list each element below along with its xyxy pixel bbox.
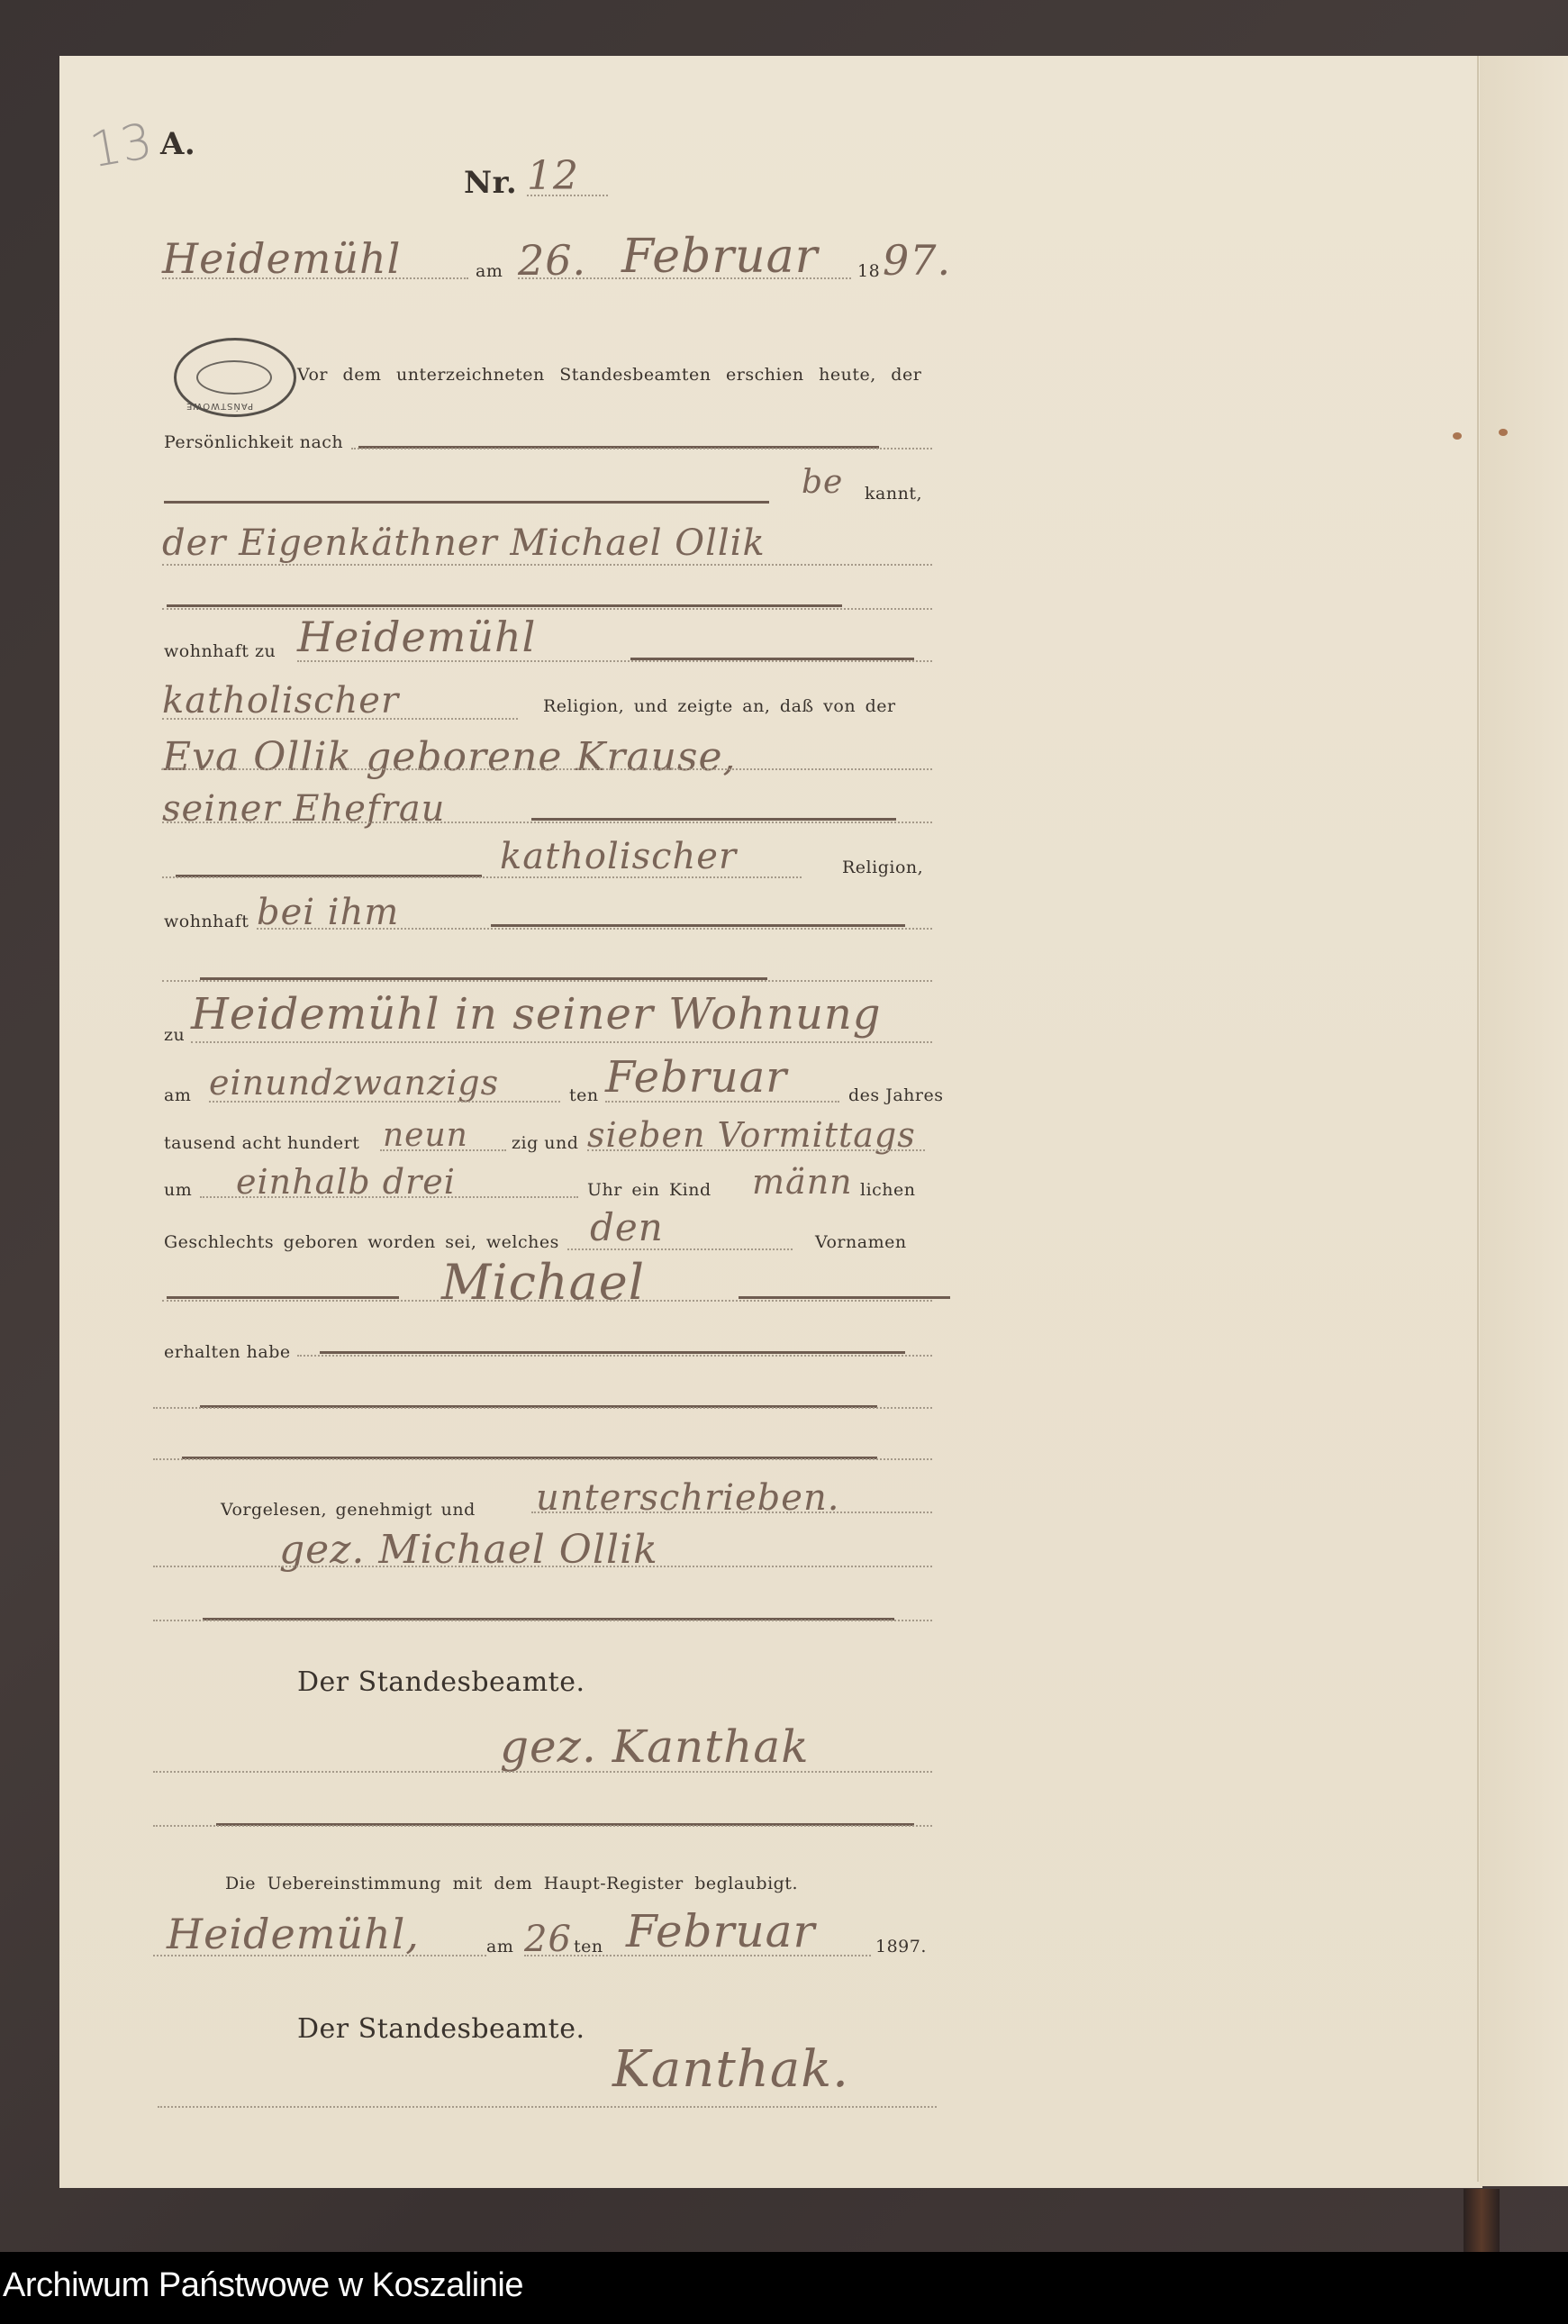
dotted-line [153,1955,486,1956]
wohnhaft-label: wohnhaft [164,912,249,931]
dotted-line [191,1041,932,1043]
um-label: um [164,1180,192,1200]
mother-name: Eva Ollik geborene Krause, [162,734,737,780]
certification-text: Die Uebereinstimmung mit dem Haupt-Regis… [225,1874,798,1893]
archive-stamp: PAŃSTWOWE [174,338,296,417]
stamp-inner-oval [196,360,272,395]
birth-day-words: einundzwanzigs [209,1063,499,1103]
child-given-name: Michael [441,1254,645,1311]
certification-signature: Kanthak. [612,2040,849,2099]
geschlechts-line: Geschlechts geboren worden sei, welches [164,1232,559,1252]
zig-und-label: zig und [512,1133,578,1153]
book-spine [1464,2189,1500,2252]
certification-year: 1897. [875,1937,927,1956]
record-number: 12 [527,153,579,199]
number-label: Nr. [464,165,517,201]
mother-relation: seiner Ehefrau [162,788,445,830]
pencil-page-number: 13 [86,113,157,179]
dotted-line [162,876,802,878]
dotted-line [158,2106,937,2108]
bekannt-handwritten: be [802,464,843,501]
certification-place: Heidemühl, [167,1910,420,1958]
next-page-edge [1480,56,1568,2186]
mother-religion-print: Religion, [842,858,923,877]
dotted-line [153,1620,932,1621]
header-year-suffix: 97. [883,236,951,285]
lichen-label: lichen [860,1180,916,1200]
header-month: Februar [621,230,819,284]
certification-am: am [486,1937,513,1956]
standesbeamte-title: Der Standesbeamte. [297,1666,585,1698]
strike-line [320,1351,905,1354]
certification-standesbeamte-title: Der Standesbeamte. [297,2013,585,2045]
dotted-line [605,1101,839,1103]
rust-spot [1453,432,1462,440]
informant-residence: Heidemühl [297,613,536,661]
rust-spot [1499,429,1508,436]
child-sex: männ [752,1162,853,1202]
dotted-line [153,1407,932,1409]
year-nine: neun [383,1117,468,1154]
dotted-line [527,195,608,196]
dotted-line [200,1196,578,1198]
religion-line: Religion, und zeigte an, daß von der [543,696,896,716]
stamp-text: PAŃSTWOWE [186,401,253,411]
header-year-prefix: 18 [857,261,880,281]
persoenlichkeit-label: Persönlichkeit nach [164,432,343,452]
ten-label: ten [569,1085,599,1105]
dotted-line [518,277,851,279]
birth-month: Februar [605,1052,787,1103]
bekannt-print: kannt, [865,484,922,504]
dotted-line [524,1955,871,1956]
des-jahres-label: des Jahres [848,1085,943,1105]
dotted-line [153,1566,932,1567]
dotted-line [257,928,932,930]
wohnhaft-zu-label: wohnhaft zu [164,641,276,661]
strike-line [167,604,842,607]
dotted-line [162,768,932,770]
dotted-line [162,564,932,566]
informant-religion: katholischer [162,680,399,722]
dotted-line [380,1149,506,1151]
birth-place: Heidemühl in seiner Wohnung [191,989,882,1039]
dotted-line [162,277,468,279]
certification-ten: ten [574,1937,603,1956]
den-handwritten: den [590,1205,664,1249]
uhr-kind-label: Uhr ein Kind [587,1180,711,1200]
dotted-line [297,660,932,662]
am-label: am [164,1085,191,1105]
dotted-line [162,822,932,823]
intro-line: Vor dem unterzeichneten Standesbeamten e… [297,365,921,385]
certification-month: Februar [626,1905,815,1957]
dotted-line [531,1512,932,1513]
strike-line [739,1296,950,1299]
dotted-line [297,1355,932,1357]
dotted-line [153,1458,932,1460]
tausend-label: tausend acht hundert [164,1133,359,1153]
dotted-line [162,608,932,610]
vorgelesen-line: Vorgelesen, genehmigt und [221,1500,476,1520]
dotted-line [153,1825,932,1827]
informant-name: der Eigenkäthner Michael Ollik [162,522,766,564]
form-letter: A. [160,126,195,162]
archive-name: Archiwum Państwowe w Koszalinie [3,2266,523,2305]
official-signature: gez. Kanthak [500,1720,810,1773]
dotted-line [162,980,932,982]
header-am: am [476,261,503,281]
strike-line [531,818,896,821]
strike-line [164,501,769,504]
archive-footer-bar: Archiwum Państwowe w Koszalinie [0,2252,1568,2324]
strike-line [491,924,905,927]
dotted-line [209,1101,560,1103]
strike-line [167,1296,399,1299]
dotted-line [162,718,518,720]
dotted-line [587,1149,925,1151]
dotted-line [567,1248,793,1250]
zu-label: zu [164,1025,185,1045]
dotted-line [153,1771,932,1773]
header-place: Heidemühl [162,234,401,283]
page-fold [1477,56,1479,2182]
erhalten-habe-label: erhalten habe [164,1342,291,1362]
dotted-line [351,448,932,449]
mother-religion: katholischer [500,836,737,877]
vornamen-label: Vornamen [815,1232,907,1252]
